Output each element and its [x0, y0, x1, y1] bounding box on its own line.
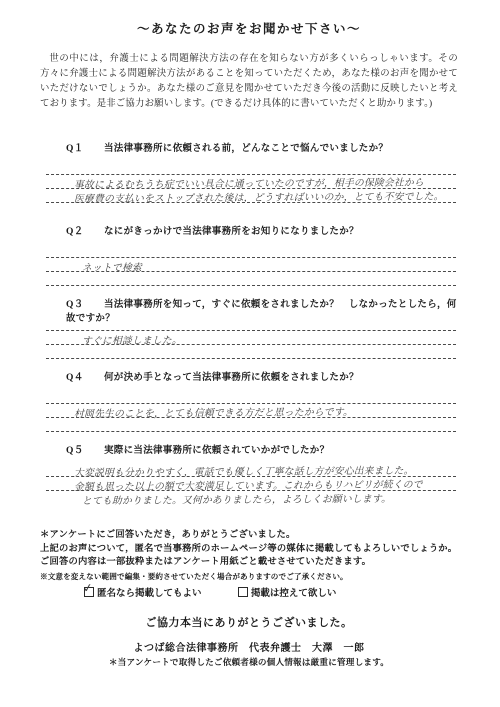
question-block-4: Q４何が決め手となって当法律事務所に依頼をされましたか？ 村岡先生のことを，とて… — [40, 371, 458, 432]
answer-line — [46, 418, 456, 432]
answer-line: 医療費の支払いをストップされた後は，どうすればいいのか，とても不安でした。 — [46, 189, 456, 203]
question-text: 当法律事務所に依頼される前，どんなことで悩んでいましたか？ — [104, 144, 388, 154]
checkbox-label: 匿名なら掲載してもよい — [97, 589, 202, 599]
question-line: Q５実際に当法律事務所に依頼されていかがでしたか？ — [66, 444, 458, 458]
answer-line: 村岡先生のことを，とても信頼できる方だと思ったからです。 — [46, 404, 456, 418]
closing-thanks: ご協力本当にありがとうございました。 — [40, 614, 458, 630]
answer-area: ネットで検索 — [40, 244, 458, 286]
answer-line: すぐに相談しました。 — [46, 331, 456, 345]
handwritten-answer: 医療費の支払いをストップされた後は，どうすればいいのか，とても不安でした。 — [74, 188, 444, 205]
survey-document: ～あなたのお声をお聞かせ下さい～ 世の中には，弁護士による問題解決方法の存在を知… — [0, 0, 500, 707]
answer-area: すぐに相談しました。 — [40, 317, 458, 359]
answer-line: 大変説明も分かりやすく，電話でも優しく丁寧な話し方が安心出来ました。 — [46, 463, 456, 477]
answer-line — [46, 272, 456, 286]
intro-paragraph: 世の中には，弁護士による問題解決方法の存在を知らない方が多くいらっしゃいます。そ… — [40, 52, 458, 112]
publish-consent-text: 上記のお声について，匿名で当事務所のホームページ等の媒体に掲載してもよろしいでし… — [40, 543, 458, 557]
question-number: Q４ — [66, 371, 88, 385]
edit-disclaimer-text: ※文意を変えない範囲で編集・要約させていただく場合がありますのでご了承ください。 — [40, 571, 458, 582]
checkbox-decline-publish: ✓ 掲載は控えて欲しい — [238, 587, 337, 602]
check-mark-icon: ✓ — [82, 580, 94, 596]
survey-thanks-note: ＊アンケートにご回答いただき，ありがとうございました。 — [40, 529, 458, 543]
checkbox-label: 掲載は控えて欲しい — [251, 589, 337, 599]
answer-line: とても助かりました。又何かありましたら，よろしくお願いします。 — [46, 491, 456, 504]
question-text: 何が決め手となって当法律事務所に依頼をされましたか？ — [104, 373, 359, 383]
checkbox-anonymous-ok: ✓ 匿名なら掲載してもよい — [84, 587, 202, 602]
office-signature: よつば総合法律事務所 代表弁護士 大澤 一郎 — [40, 639, 458, 654]
answer-line — [46, 345, 456, 359]
publish-detail-text: ご回答の内容は一部抜粋またはアンケート用紙ごと載せさせていただきます。 — [40, 556, 458, 570]
question-text: なにがきっかけで当法律事務所をお知りになりましたか？ — [104, 227, 359, 237]
publish-choice-row: ✓ 匿名なら掲載してもよい ✓ 掲載は控えて欲しい — [84, 587, 458, 602]
question-line: Q４何が決め手となって当法律事務所に依頼をされましたか？ — [66, 371, 458, 385]
answer-area: 村岡先生のことを，とても信頼できる方だと思ったからです。 — [40, 390, 458, 432]
question-text: 実際に当法律事務所に依頼されていかがでしたか？ — [104, 446, 329, 456]
answer-line — [46, 161, 456, 175]
answer-line — [46, 504, 456, 517]
checkbox-icon: ✓ — [84, 587, 94, 597]
page-title: ～あなたのお声をお聞かせ下さい～ — [40, 20, 458, 38]
question-block-1: Q１当法律事務所に依頼される前，どんなことで悩んでいましたか？ 事故によるむちう… — [40, 142, 458, 203]
question-line: Q３当法律事務所を知って，すぐに依頼をされましたか？ しなかったとしたら，何故で… — [66, 298, 458, 312]
answer-area: 事故によるむちうち症でいい具合に通っていたのですが，相手の保険会社から 医療費の… — [40, 161, 458, 203]
question-number: Q５ — [66, 444, 88, 458]
answer-line: 事故によるむちうち症でいい具合に通っていたのですが，相手の保険会社から — [46, 175, 456, 189]
answer-line: ネットで検索 — [46, 258, 456, 272]
question-number: Q２ — [66, 225, 88, 239]
question-line: Q２なにがきっかけで当法律事務所をお知りになりましたか？ — [66, 225, 458, 239]
checkbox-icon: ✓ — [238, 587, 248, 597]
question-block-2: Q２なにがきっかけで当法律事務所をお知りになりましたか？ ネットで検索 — [40, 225, 458, 286]
footer-section: ＊アンケートにご回答いただき，ありがとうございました。 上記のお声について，匿名… — [40, 529, 458, 668]
answer-line — [46, 244, 456, 258]
question-block-5: Q５実際に当法律事務所に依頼されていかがでしたか？ 大変説明も分かりやすく，電話… — [40, 444, 458, 517]
answer-line — [46, 390, 456, 404]
question-number: Q３ — [66, 298, 88, 312]
answer-line: 金額も思った以上の額で大変満足しています。これからもリハビリが続くので — [46, 477, 456, 491]
answer-area: 大変説明も分かりやすく，電話でも優しく丁寧な話し方が安心出来ました。 金額も思っ… — [40, 463, 458, 517]
question-number: Q１ — [66, 142, 88, 156]
question-line: Q１当法律事務所に依頼される前，どんなことで悩んでいましたか？ — [66, 142, 458, 156]
answer-line — [46, 317, 456, 331]
privacy-note: ＊当アンケートで取得したご依頼者様の個人情報は厳重に管理します。 — [40, 656, 458, 668]
question-block-3: Q３当法律事務所を知って，すぐに依頼をされましたか？ しなかったとしたら，何故で… — [40, 298, 458, 359]
